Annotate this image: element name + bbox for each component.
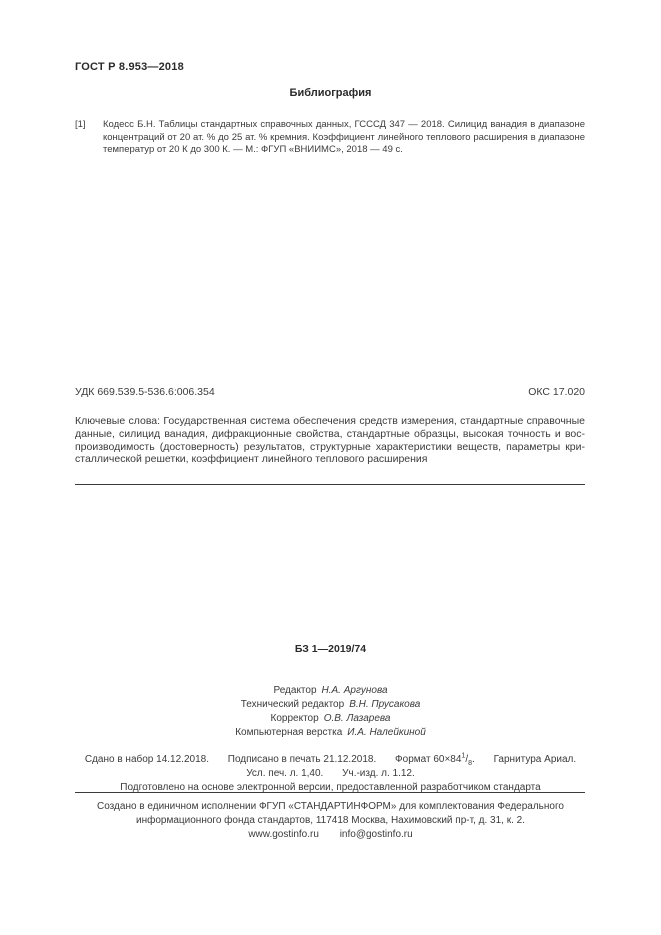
press-details: Сдано в набор 14.12.2018. Подписано в пе… (0, 753, 661, 795)
keywords-line: данные, силицид ванадия, дифракционные с… (75, 428, 585, 441)
print-date: Подписано в печать 21.12.2018. (228, 754, 376, 765)
staff-name: В.Н. Прусакова (349, 699, 420, 710)
reference-label: [1] (75, 119, 86, 132)
publisher-line: Создано в единичном исполнении ФГУП «СТА… (0, 800, 661, 814)
publisher-website: www.gostinfo.ru (248, 829, 319, 840)
press-line-dates-format: Сдано в набор 14.12.2018. Подписано в пе… (0, 753, 661, 767)
staff-line: Технический редакторВ.Н. Прусакова (0, 698, 661, 712)
classification-row: УДК 669.539.5-536.6:006.354 ОКС 17.020 (75, 386, 585, 398)
staff-role: Технический редактор (241, 699, 344, 710)
set-date: Сдано в набор 14.12.2018. (85, 754, 209, 765)
publisher-address: информационного фонда стандартов, 117418… (0, 814, 661, 828)
keywords-line: производимость (достоверность) результат… (75, 441, 585, 454)
paper-format: Формат 60×841/8. (395, 754, 475, 765)
staff-line: РедакторН.А. Аргунова (0, 684, 661, 698)
udk-code: УДК 669.539.5-536.6:006.354 (75, 386, 215, 398)
keywords-line: сталлической решетки, коэффициент линейн… (75, 453, 585, 466)
format-period: . (472, 754, 475, 765)
reference-line: Кодесс Б.Н. Таблицы стандартных справочн… (103, 119, 585, 132)
publisher-footer: Создано в единичном исполнении ФГУП «СТА… (0, 800, 661, 842)
doc-number: ГОСТ Р 8.953—2018 (75, 61, 184, 73)
usl-pech-sheets: Усл. печ. л. 1,40. (246, 768, 323, 779)
publisher-contacts: www.gostinfo.ru info@gostinfo.ru (0, 828, 661, 842)
keywords-line: Ключевые слова: Государственная система … (75, 415, 585, 428)
section-title-bibliography: Библиография (0, 87, 661, 99)
bibliography-entry: [1] Кодесс Б.Н. Таблицы стандартных спра… (75, 119, 585, 157)
staff-line: КорректорО.В. Лазарева (0, 712, 661, 726)
staff-name: И.А. Налейкиной (347, 727, 426, 738)
staff-role: Компьютерная верстка (235, 727, 342, 738)
publisher-email: info@gostinfo.ru (340, 829, 413, 840)
uch-izd-sheets: Уч.-изд. л. 1.12. (342, 768, 415, 779)
horizontal-rule-bottom (75, 792, 585, 793)
oks-code: ОКС 17.020 (528, 386, 585, 398)
staff-role: Редактор (273, 685, 316, 696)
staff-name: Н.А. Аргунова (322, 685, 388, 696)
bz-code: БЗ 1—2019/74 (0, 643, 661, 655)
reference-line: концентраций от 20 ат. % до 25 ат. % кре… (103, 132, 585, 145)
typeface: Гарнитура Ариал. (494, 754, 577, 765)
reference-line: температур от 20 К до 300 К. — М.: ФГУП … (103, 144, 585, 157)
horizontal-rule-top (75, 484, 585, 485)
staff-name: О.В. Лазарева (324, 713, 391, 724)
reference-text: Кодесс Б.Н. Таблицы стандартных справочн… (103, 119, 585, 157)
keywords-paragraph: Ключевые слова: Государственная система … (75, 415, 585, 466)
staff-role: Корректор (271, 713, 319, 724)
press-line-sheets: Усл. печ. л. 1,40. Уч.-изд. л. 1.12. (0, 767, 661, 781)
document-page: ГОСТ Р 8.953—2018 Библиография [1] Кодес… (0, 0, 661, 935)
staff-line: Компьютерная версткаИ.А. Налейкиной (0, 726, 661, 740)
staff-credits: РедакторН.А. Аргунова Технический редакт… (0, 684, 661, 740)
